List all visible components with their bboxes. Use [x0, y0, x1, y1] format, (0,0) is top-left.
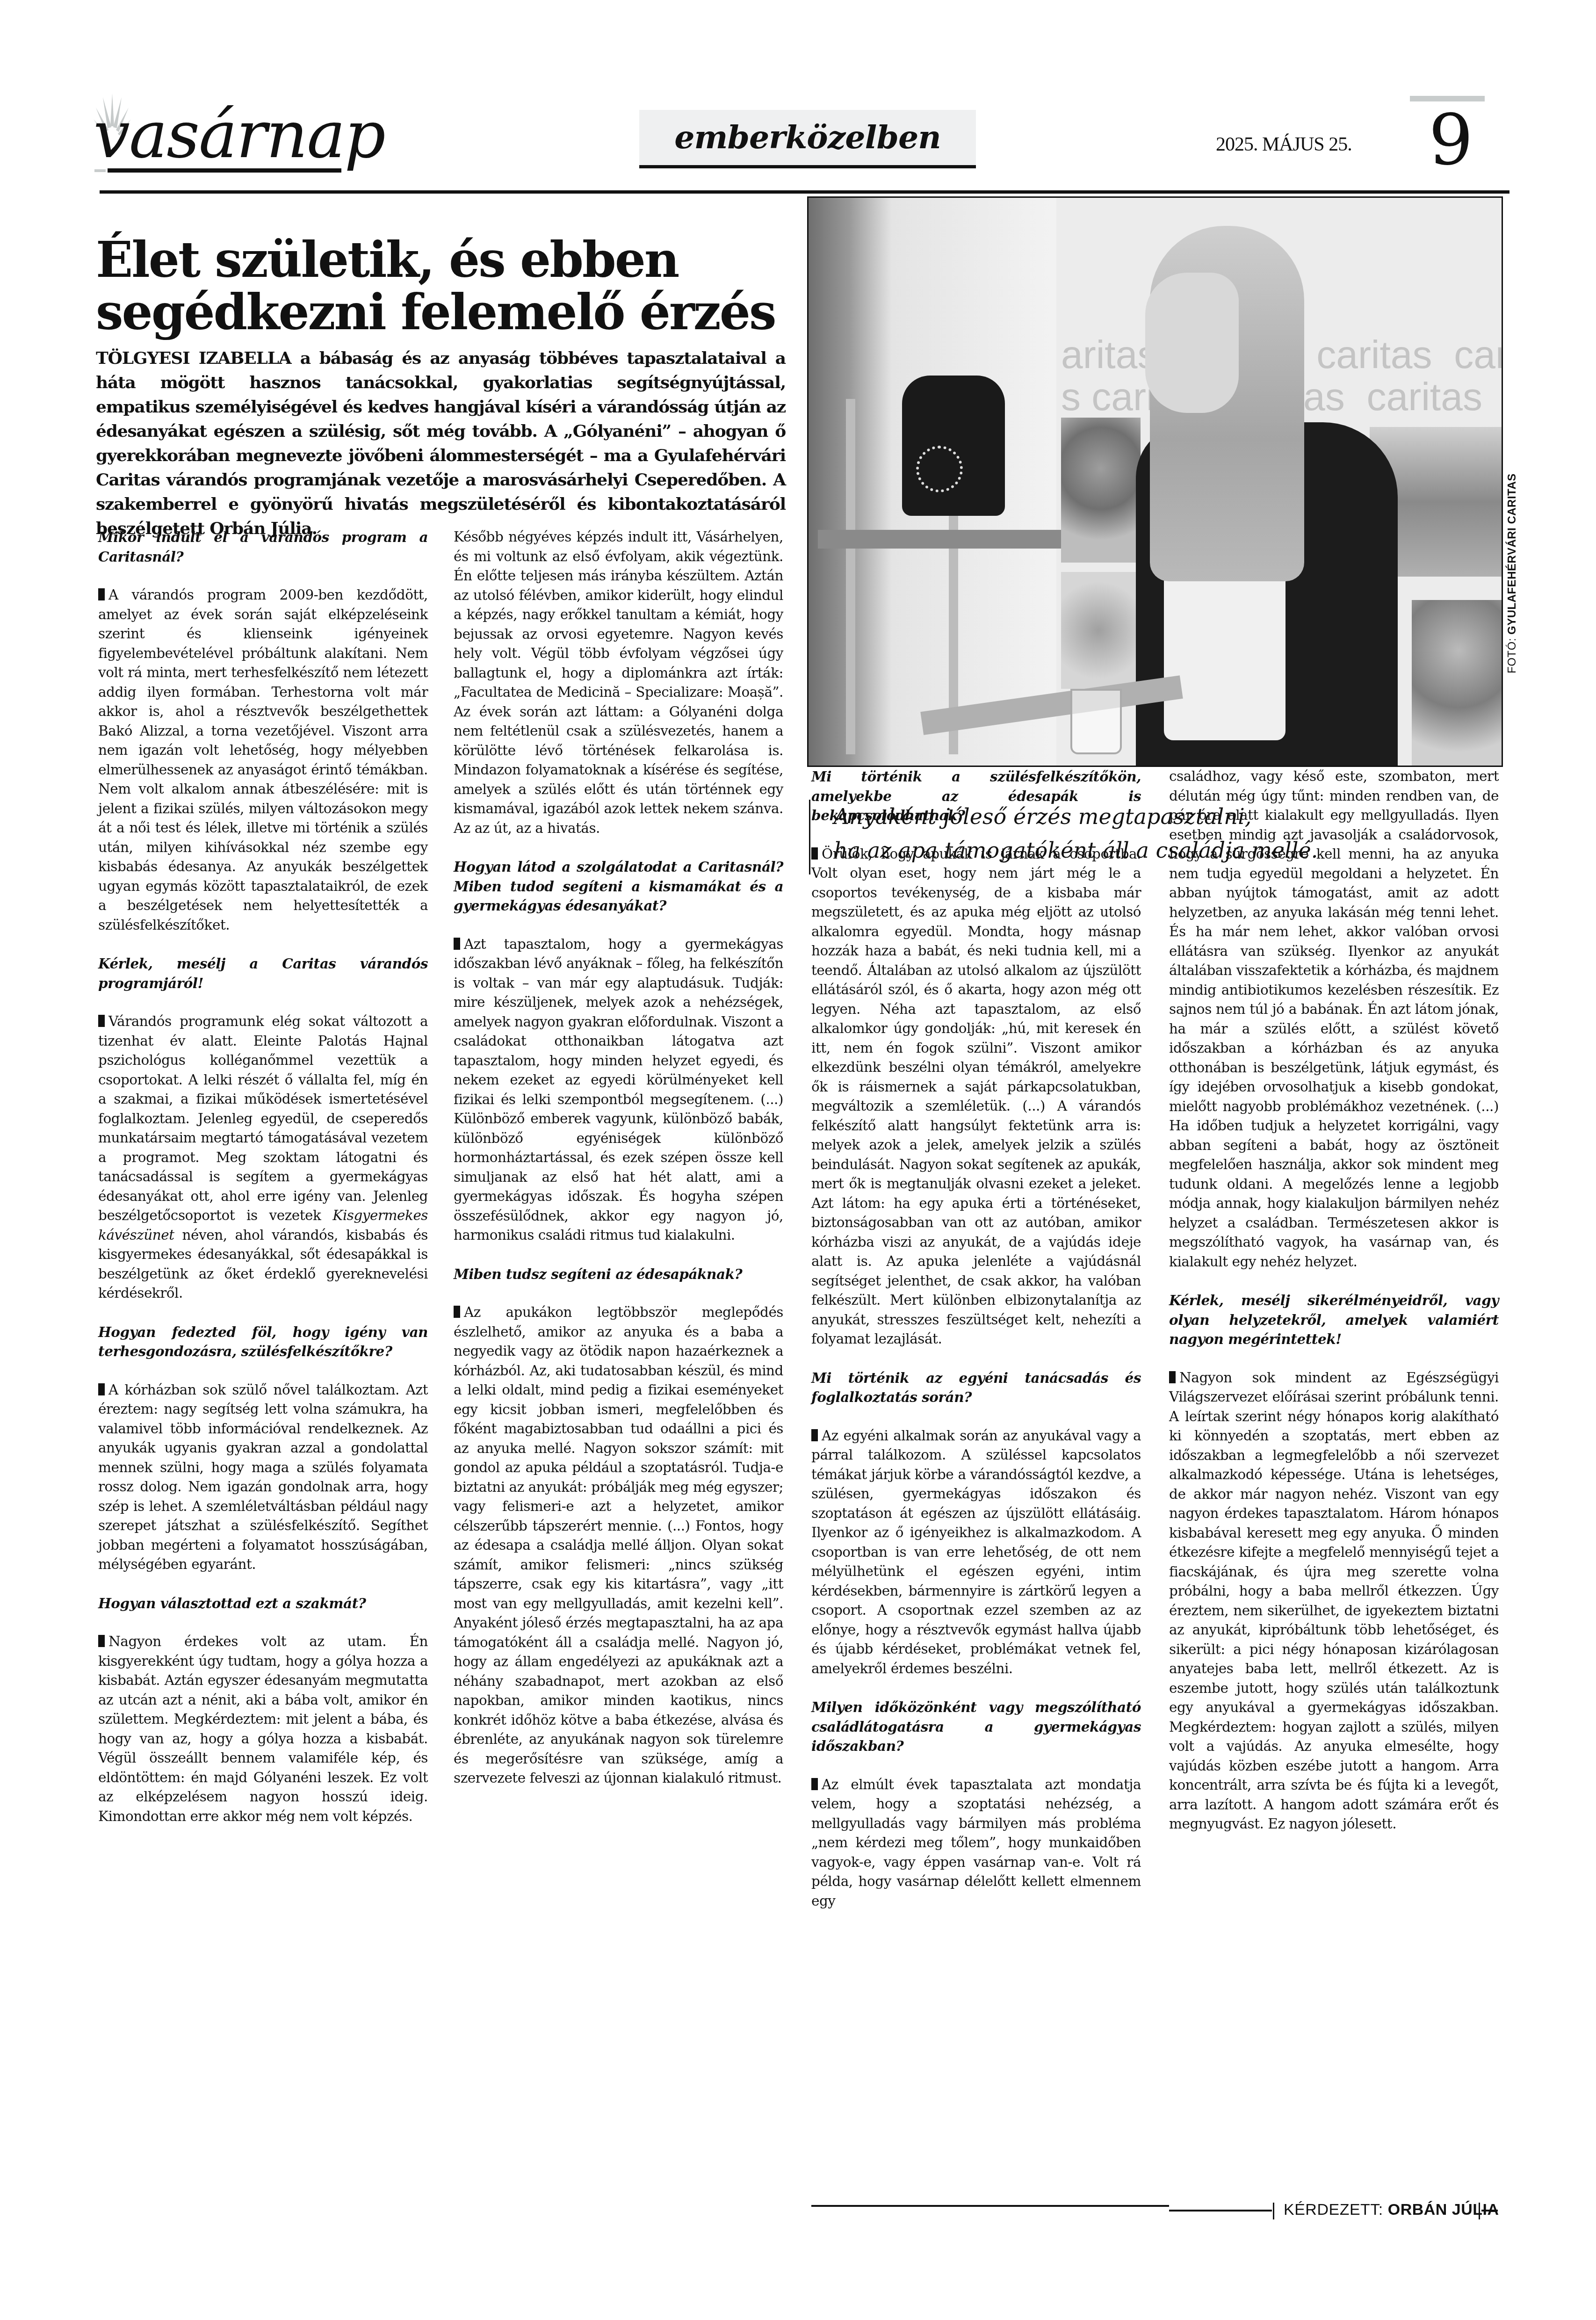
byline-left-line — [1169, 2210, 1272, 2212]
logo-underline-accent — [94, 169, 106, 172]
answer-continued: családhoz, vagy késő este, szombaton, me… — [1169, 767, 1499, 1272]
vasarnap-logo[interactable]: vasárnap — [94, 94, 346, 182]
answer: Várandós programunk elég sokat változott… — [98, 1012, 428, 1303]
article-column-2: Később négyéves képzés indult itt, Vásár… — [454, 528, 783, 1807]
article-headline: Élet születik, és ebben segédkezni felem… — [96, 234, 788, 339]
answer-marker-icon — [811, 1429, 818, 1441]
answer: Az egyéni alkalmak során az anyukával va… — [811, 1426, 1141, 1679]
photo-credit-label: FOTÓ: — [1506, 635, 1518, 673]
question: Miben tudsz segíteni az édesapáknak? — [454, 1265, 783, 1284]
interviewee-name: TÖLGYESI IZABELLA — [96, 348, 291, 368]
logo-wordmark: vasárnap — [94, 103, 385, 167]
section-label[interactable]: emberközelben — [639, 110, 976, 168]
water-glass — [1070, 689, 1122, 754]
question: Hogyan látod a szolgálatodat a Caritasná… — [454, 857, 783, 916]
face — [1145, 273, 1239, 413]
masthead: vasárnap emberközelben 2025. MÁJUS 25. 9 — [0, 0, 1596, 201]
banner-lion-image — [1061, 572, 1136, 689]
byline-right-line — [1481, 2210, 1498, 2212]
answer-marker-icon — [811, 1778, 818, 1790]
backpack-emblem-icon — [916, 446, 963, 492]
question: Mi történik az egyéni tanácsadás és fogl… — [811, 1368, 1141, 1407]
headline-line-2: segédkezni felemelő érzés — [96, 283, 775, 341]
article-column-3: Mi történik a szülésfelkészítőkön, amely… — [811, 767, 1141, 1930]
page-number: 9 — [1429, 105, 1473, 175]
answer-marker-icon — [811, 847, 818, 860]
logo-underline — [108, 168, 341, 173]
article-lead: TÖLGYESI IZABELLA a bábaság és az anyasá… — [96, 346, 786, 541]
answer-marker-icon — [98, 1383, 105, 1395]
answer-marker-icon — [1169, 1371, 1176, 1383]
issue-date: 2025. MÁJUS 25. — [1216, 133, 1352, 156]
answer-marker-icon — [454, 938, 460, 950]
question: Mikor indult el a várandós program a Car… — [98, 528, 428, 566]
question: Kérlek, mesélj a Caritas várandós progra… — [98, 954, 428, 993]
article-photo[interactable]: aritas caritas caritas carit s caritas c… — [807, 196, 1503, 767]
answer: Azt tapasztalom, hogy a gyermekágyas idő… — [454, 935, 783, 1245]
backpack — [902, 376, 1005, 516]
byline-right-tick — [1479, 2203, 1480, 2219]
section-label-text: emberközelben — [674, 119, 940, 156]
answer: Az apukákon legtöbbször meglepődés észle… — [454, 1303, 783, 1788]
answer: Nagyon érdekes volt az utam. Én kisgyere… — [98, 1632, 428, 1826]
answer: Örülök, hogy apukák is járnak a csoportb… — [811, 845, 1141, 1349]
answer-marker-icon — [98, 588, 105, 600]
article-column-1: Mikor indult el a várandós program a Car… — [98, 528, 428, 1845]
photo-credit: FOTÓ: GYULAFEHÉRVÁRI CARITAS — [1506, 473, 1519, 673]
byline: KÉRDEZETT: ORBÁN JÚLIA — [1284, 2201, 1499, 2219]
banner-child-portrait — [1061, 418, 1141, 563]
answer: A kórházban sok szülő nővel találkoztam.… — [98, 1380, 428, 1575]
byline-label: KÉRDEZETT: — [1284, 2201, 1388, 2219]
question: Hogyan választottad ezt a szakmát? — [98, 1594, 428, 1613]
header-rule — [100, 190, 1509, 194]
answer-marker-icon — [98, 1015, 105, 1027]
question: Mi történik a szülésfelkészítőkön, amely… — [811, 767, 1141, 825]
article-column-4: családhoz, vagy késő este, szombaton, me… — [1169, 767, 1499, 1853]
photo-credit-name: GYULAFEHÉRVÁRI CARITAS — [1506, 473, 1518, 635]
answer-continued: Később négyéves képzés indult itt, Vásár… — [454, 528, 783, 838]
answer: Nagyon sok mindent az Egészségügyi Világ… — [1169, 1368, 1499, 1834]
question: Kérlek, mesélj sikerélményeidről, vagy o… — [1169, 1291, 1499, 1349]
answer: A várandós program 2009-ben kezdődött, a… — [98, 585, 428, 935]
headline-line-1: Élet születik, és ebben — [96, 231, 678, 289]
answer: Az elmúlt évek tapasztalata azt mondatja… — [811, 1775, 1141, 1911]
lead-text: a bábaság és az anyaság többéves tapaszt… — [96, 348, 786, 538]
question: Hogyan fedezted föl, hogy igény van terh… — [98, 1323, 428, 1361]
answer-marker-icon — [454, 1306, 460, 1318]
byline-left-tick — [1273, 2203, 1274, 2219]
question: Milyen időközönként vagy megszólítható c… — [811, 1698, 1141, 1756]
answer-marker-icon — [98, 1635, 105, 1647]
banner-woman-portrait — [1412, 600, 1503, 767]
